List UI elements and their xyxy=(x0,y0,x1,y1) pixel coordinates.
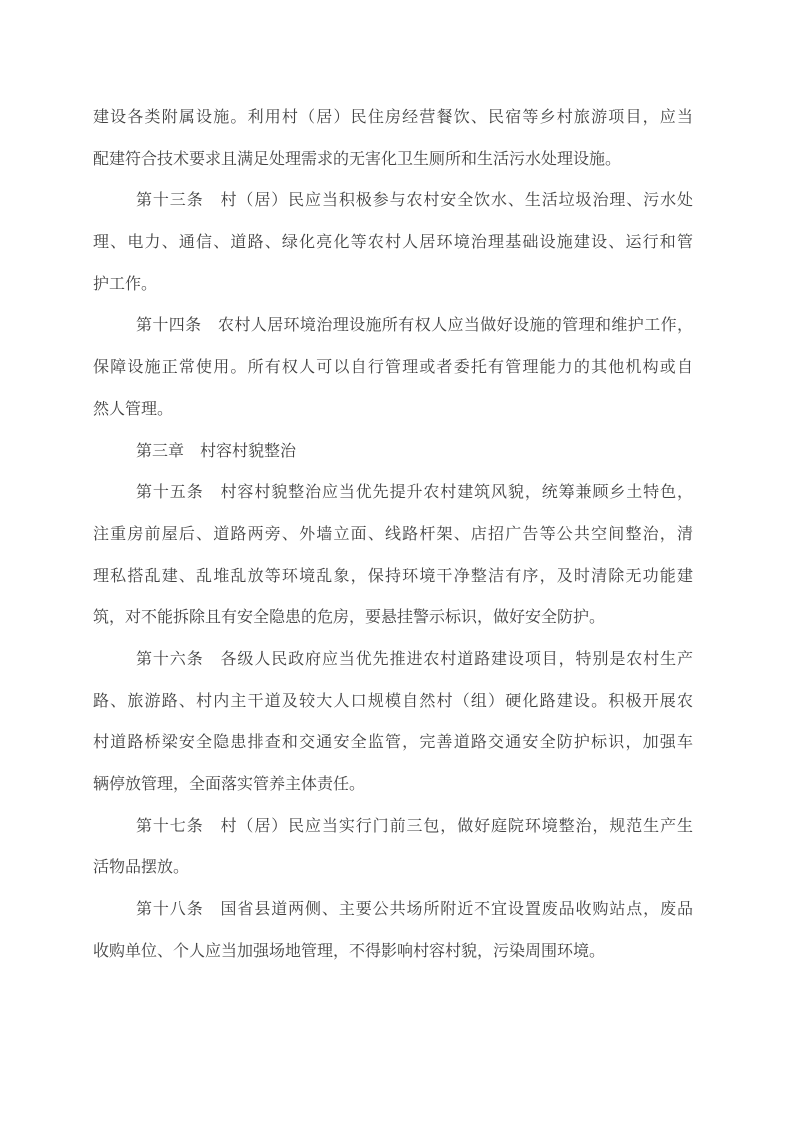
text-line: 收购单位、个人应当加强场地管理，不得影响村容村貌，污染周围环境。 xyxy=(93,931,693,973)
text-line: 第三章 村容村貌整治 xyxy=(93,431,693,473)
text-line: 辆停放管理，全面落实管养主体责任。 xyxy=(93,764,693,806)
text-line: 第十八条 国省县道两侧、主要公共场所附近不宜设置废品收购站点，废品 xyxy=(93,889,693,931)
text-line: 活物品摆放。 xyxy=(93,847,693,889)
text-line: 第十五条 村容村貌整治应当优先提升农村建筑风貌，统筹兼顾乡土特色， xyxy=(93,472,693,514)
text-line: 注重房前屋后、道路两旁、外墙立面、线路杆架、店招广告等公共空间整治，清 xyxy=(93,514,693,556)
text-line: 第十六条 各级人民政府应当优先推进农村道路建设项目，特别是农村生产 xyxy=(93,639,693,681)
text-line: 理、电力、通信、道路、绿化亮化等农村人居环境治理基础设施建设、运行和管 xyxy=(93,222,693,264)
text-line: 第十三条 村（居）民应当积极参与农村安全饮水、生活垃圾治理、污水处 xyxy=(93,180,693,222)
document-body: 建设各类附属设施。利用村（居）民住房经营餐饮、民宿等乡村旅游项目，应当配建符合技… xyxy=(93,97,693,972)
text-line: 理私搭乱建、乱堆乱放等环境乱象，保持环境干净整洁有序，及时清除无功能建 xyxy=(93,556,693,598)
text-line: 第十七条 村（居）民应当实行门前三包，做好庭院环境整治，规范生产生 xyxy=(93,806,693,848)
text-line: 第十四条 农村人居环境治理设施所有权人应当做好设施的管理和维护工作， xyxy=(93,305,693,347)
text-line: 然人管理。 xyxy=(93,389,693,431)
text-line: 路、旅游路、村内主干道及较大人口规模自然村（组）硬化路建设。积极开展农 xyxy=(93,681,693,723)
text-line: 配建符合技术要求且满足处理需求的无害化卫生厕所和生活污水处理设施。 xyxy=(93,139,693,181)
text-line: 护工作。 xyxy=(93,264,693,306)
text-line: 保障设施正常使用。所有权人可以自行管理或者委托有管理能力的其他机构或自 xyxy=(93,347,693,389)
document-page: 建设各类附属设施。利用村（居）民住房经营餐饮、民宿等乡村旅游项目，应当配建符合技… xyxy=(0,0,793,1122)
text-line: 建设各类附属设施。利用村（居）民住房经营餐饮、民宿等乡村旅游项目，应当 xyxy=(93,97,693,139)
text-line: 筑，对不能拆除且有安全隐患的危房，要悬挂警示标识，做好安全防护。 xyxy=(93,597,693,639)
text-line: 村道路桥梁安全隐患排查和交通安全监管，完善道路交通安全防护标识，加强车 xyxy=(93,722,693,764)
